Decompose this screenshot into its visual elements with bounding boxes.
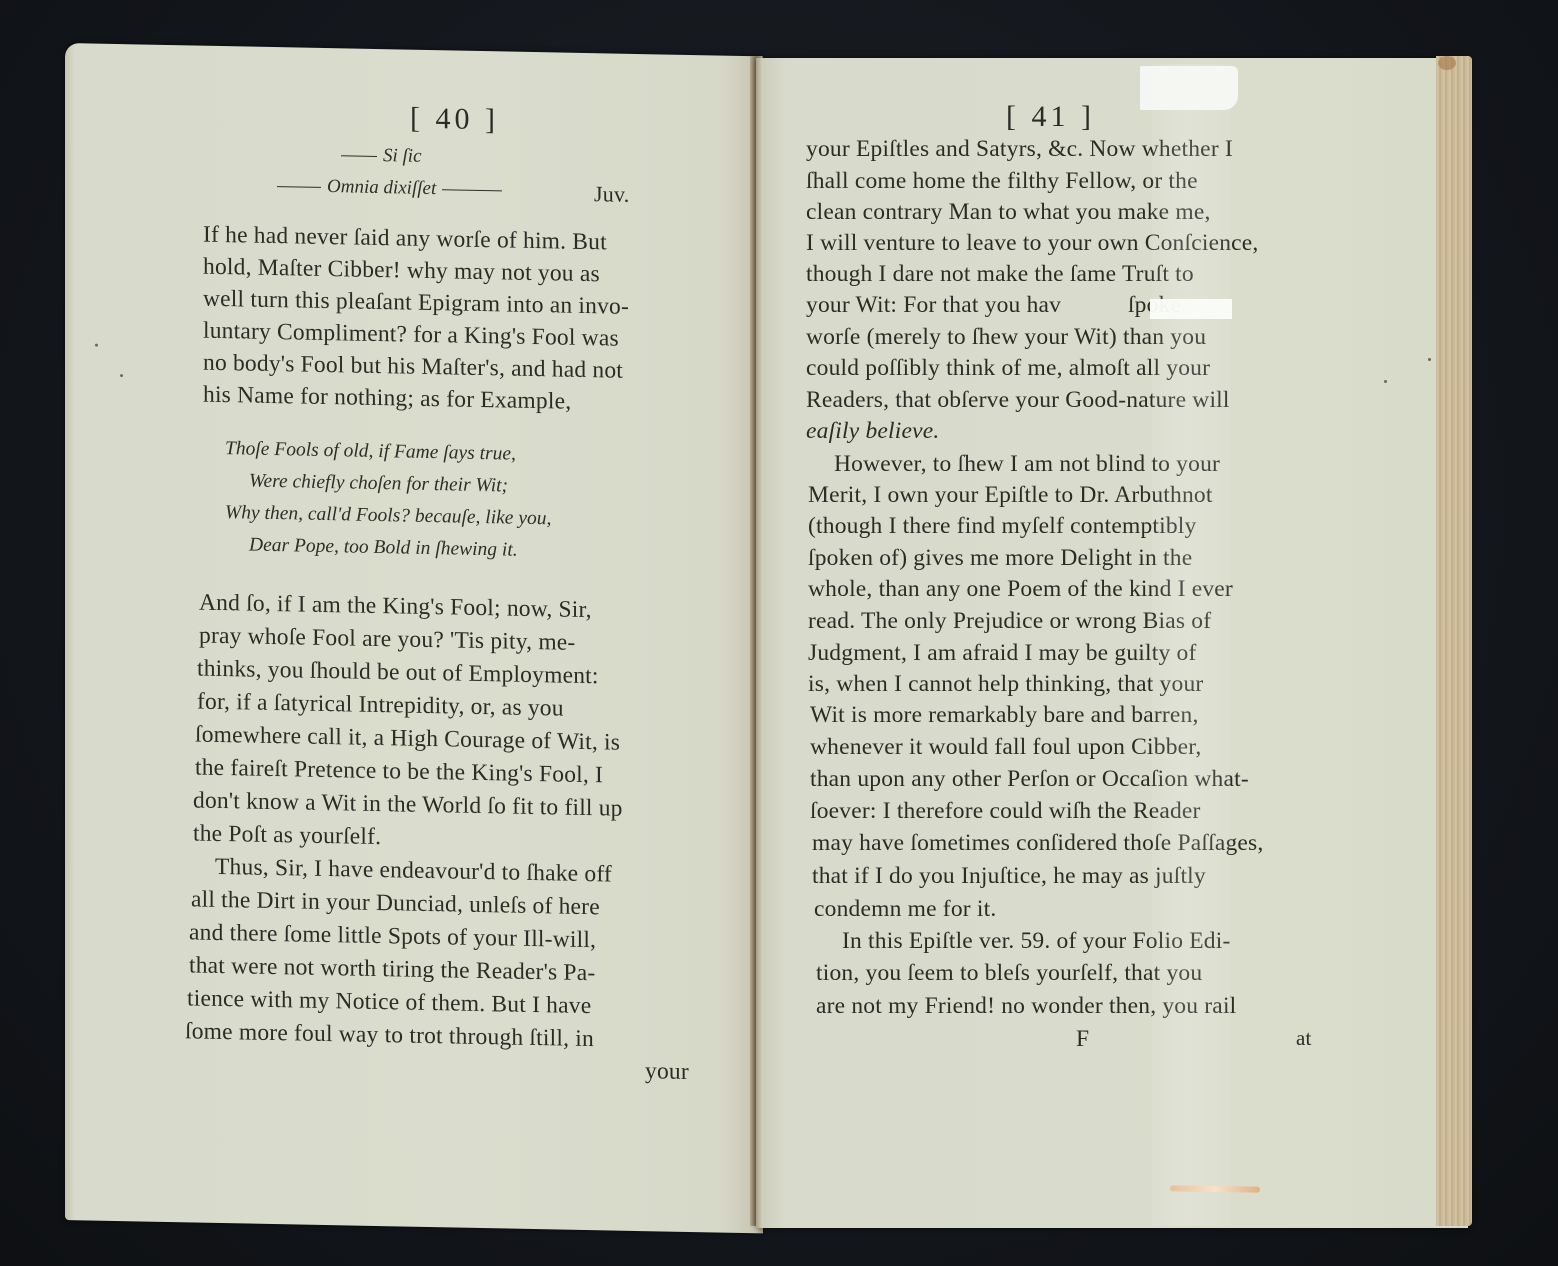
text-line: don't know a Wit in the World ſo fit to … [193, 787, 623, 822]
text-line: pray whoſe Fool are you? 'Tis pity, me- [199, 623, 575, 657]
glare-hotspot [1140, 66, 1238, 110]
epigraph-text-2: Omnia dixiſſet [327, 176, 436, 199]
epigraph-text-1: Si ſic [383, 145, 422, 167]
epigraph-line-2: Omnia dixiſſet [271, 175, 508, 202]
text-line: Thus, Sir, I have endeavour'd to ſhake o… [215, 854, 612, 889]
text-line: Wit is more remarkably bare and barren, [810, 702, 1199, 729]
text-line: no body's Fool but his Maſter's, and had… [203, 350, 623, 385]
text-line: well turn this pleaſant Epigram into an … [203, 286, 629, 321]
text-line: (though I there find myſelf contemptibly [808, 513, 1196, 540]
left-page: [ 40 ] Si ſic Omnia dixiſſet Juv. If he … [65, 43, 763, 1233]
epigraph-attribution: Juv. [594, 181, 629, 208]
text-line: his Name for nothing; as for Example, [203, 382, 571, 416]
text-line: eaſily believe. [806, 418, 939, 445]
catchword: at [1296, 1026, 1312, 1051]
text-line: ſpoken of) gives me more Delight in the [808, 545, 1192, 572]
text-line: all the Dirt in your Dunciad, unleſs of … [191, 886, 600, 921]
epigraph-dash [277, 186, 321, 188]
text-line: condemn me for it. [814, 896, 996, 923]
text-line: If he had never ſaid any worſe of him. B… [203, 222, 607, 257]
text-line: though I dare not make the ſame Truſt to [806, 261, 1194, 288]
text-line: for, if a ſatyrical Intrepidity, or, as … [197, 689, 564, 723]
plastic-cover-glare [1152, 64, 1230, 1226]
text-line: clean contrary Man to what you make me, [806, 199, 1211, 226]
epigraph-dash [341, 155, 377, 157]
text-line: worſe (merely to ſhew your Wit) than you [806, 324, 1206, 351]
catchword: your [645, 1058, 689, 1086]
text-line: ſhall come home the filthy Fellow, or th… [806, 168, 1198, 195]
text-line: and there ſome little Spots of your Ill-… [189, 919, 596, 954]
text-line: is, when I cannot help thinking, that yo… [808, 671, 1203, 698]
text-line: read. The only Prejudice or wrong Bias o… [808, 608, 1211, 635]
verse-line: Why then, call'd Fools? becauſe, like yo… [225, 502, 551, 530]
page-number-41: [ 41 ] [1006, 100, 1095, 134]
fore-edge-stain [1438, 56, 1456, 70]
text-line: And ſo, if I am the King's Fool; now, Si… [199, 590, 592, 625]
text-line: ſoever: I therefore could wiſh the Reade… [810, 798, 1201, 825]
text-line: tion, you ſeem to bleſs yourſelf, that y… [816, 960, 1202, 987]
epigraph-dash [442, 189, 502, 191]
foxing-speck [95, 344, 98, 347]
glare-hotspot [1150, 299, 1232, 319]
page-fore-edge [1436, 56, 1472, 1226]
text-line: the faireſt Pretence to be the King's Fo… [195, 754, 603, 789]
text-line: your Wit: For that you hav ſpoke [806, 292, 1181, 319]
text-line: could poſſibly think of me, almoſt all y… [806, 355, 1210, 382]
foxing-speck [1428, 358, 1431, 361]
text-line: that if I do you Injuſtice, he may as ju… [812, 863, 1206, 890]
text-line: luntary Compliment? for a King's Fool wa… [203, 318, 619, 353]
text-line: thinks, you ſhould be out of Employment: [197, 656, 599, 691]
foxing-speck [1384, 380, 1387, 383]
glare-reflection [1170, 1185, 1260, 1192]
text-line: the Poſt as yourſelf. [193, 820, 381, 851]
text-line: ſome more foul way to trot through ſtill… [185, 1018, 594, 1053]
verse-line: Were chiefly choſen for their Wit; [249, 471, 508, 498]
text-line: ſomewhere call it, a High Courage of Wit… [195, 721, 620, 756]
text-line: tience with my Notice of them. But I hav… [187, 985, 591, 1020]
signature-mark: F [1076, 1026, 1089, 1053]
verse-line: Thoſe Fools of old, if Fame ſays true, [225, 438, 516, 466]
foxing-speck [120, 374, 123, 377]
page-number-40: [ 40 ] [410, 102, 499, 138]
verse-line: Dear Pope, too Bold in ſhewing it. [249, 535, 518, 562]
epigraph-line-1: Si ſic [335, 144, 422, 168]
right-page: [ 41 ] your Epiſtles and Satyrs, &c. Now… [756, 58, 1468, 1228]
text-line: whenever it would fall foul upon Cibber, [810, 734, 1201, 761]
text-line: that were not worth tiring the Reader's … [189, 952, 595, 987]
text-line: hold, Maſter Cibber! why may not you as [203, 254, 600, 289]
text-line: Judgment, I am afraid I may be guilty of [808, 640, 1196, 667]
